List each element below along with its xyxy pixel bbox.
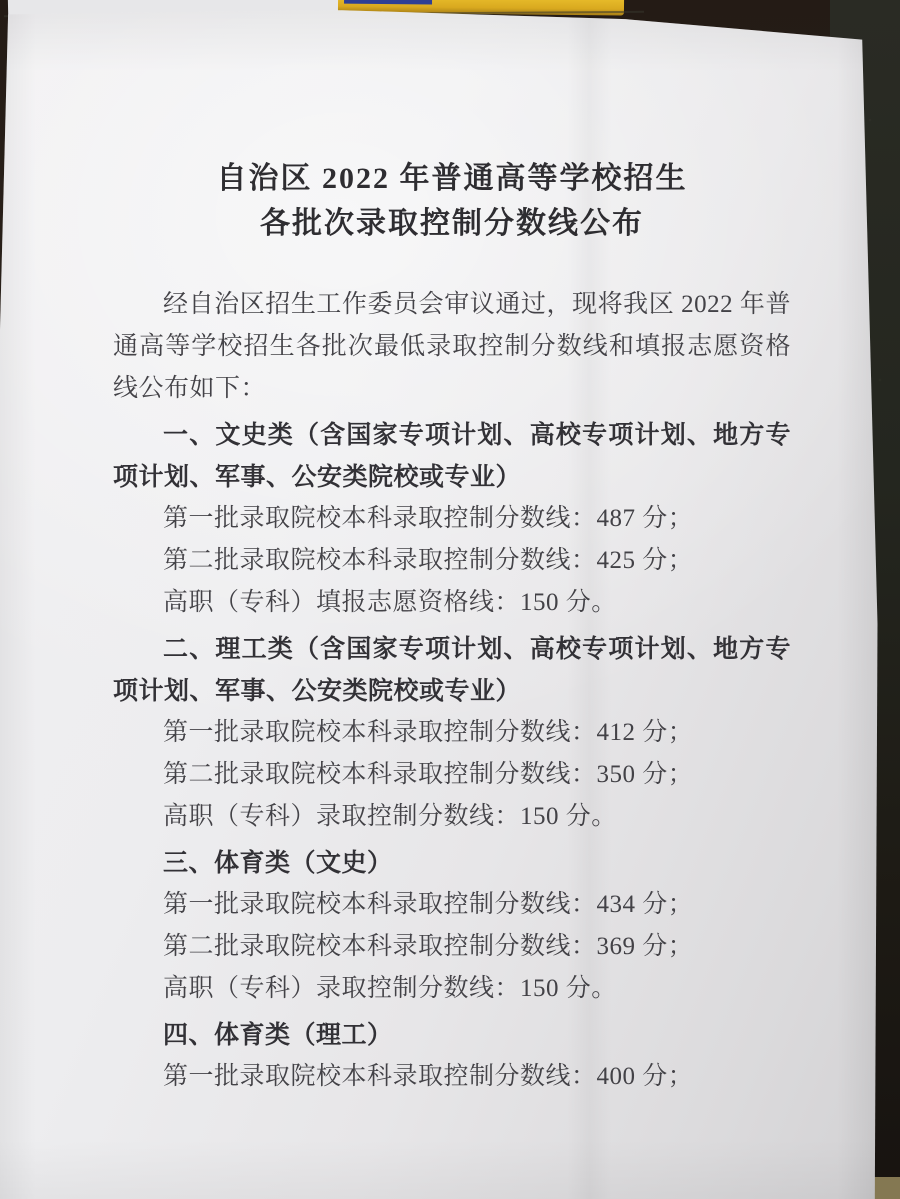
section-tiyu-ligong: 四、体育类（理工） 第一批录取院校本科录取控制分数线：400 分； — [113, 1014, 791, 1098]
document-title-line1: 自治区 2022 年普通高等学校招生 — [113, 156, 791, 201]
desk-bottom-corner-patch — [872, 1177, 900, 1199]
score-line-item: 第二批录取院校本科录取控制分数线：369 分； — [113, 926, 791, 968]
score-line-item: 第一批录取院校本科录取控制分数线：434 分； — [113, 884, 791, 926]
section-heading: 二、理工类（含国家专项计划、高校专项计划、地方专项计划、军事、公安类院校或专业） — [113, 628, 791, 712]
photo-scene: 自治区 2022 年普通高等学校招生 各批次录取控制分数线公布 经自治区招生工作… — [0, 0, 900, 1199]
section-ligong: 二、理工类（含国家专项计划、高校专项计划、地方专项计划、军事、公安类院校或专业）… — [113, 628, 791, 838]
score-line-item: 第一批录取院校本科录取控制分数线：487 分； — [113, 498, 791, 540]
score-line-item: 高职（专科）录取控制分数线：150 分。 — [113, 968, 791, 1010]
score-line-item: 第一批录取院校本科录取控制分数线：400 分； — [113, 1056, 791, 1098]
blue-book-edge — [344, 0, 432, 4]
score-line-item: 高职（专科）录取控制分数线：150 分。 — [113, 796, 791, 838]
document-title-line2: 各批次录取控制分数线公布 — [113, 201, 791, 246]
score-line-item: 第一批录取院校本科录取控制分数线：412 分； — [113, 712, 791, 754]
score-line-item: 第二批录取院校本科录取控制分数线：425 分； — [113, 540, 791, 582]
document-paper: 自治区 2022 年普通高等学校招生 各批次录取控制分数线公布 经自治区招生工作… — [0, 0, 900, 1199]
section-heading: 四、体育类（理工） — [113, 1014, 791, 1056]
intro-paragraph: 经自治区招生工作委员会审议通过，现将我区 2022 年普通高等学校招生各批次最低… — [113, 284, 791, 410]
document-content: 自治区 2022 年普通高等学校招生 各批次录取控制分数线公布 经自治区招生工作… — [113, 156, 791, 1098]
score-line-item: 高职（专科）填报志愿资格线：150 分。 — [113, 582, 791, 624]
section-wenshi: 一、文史类（含国家专项计划、高校专项计划、地方专项计划、军事、公安类院校或专业）… — [113, 414, 791, 624]
section-tiyu-wenshi: 三、体育类（文史） 第一批录取院校本科录取控制分数线：434 分； 第二批录取院… — [113, 842, 791, 1010]
section-heading: 三、体育类（文史） — [113, 842, 791, 884]
section-heading: 一、文史类（含国家专项计划、高校专项计划、地方专项计划、军事、公安类院校或专业） — [113, 414, 791, 498]
score-line-item: 第二批录取院校本科录取控制分数线：350 分； — [113, 754, 791, 796]
